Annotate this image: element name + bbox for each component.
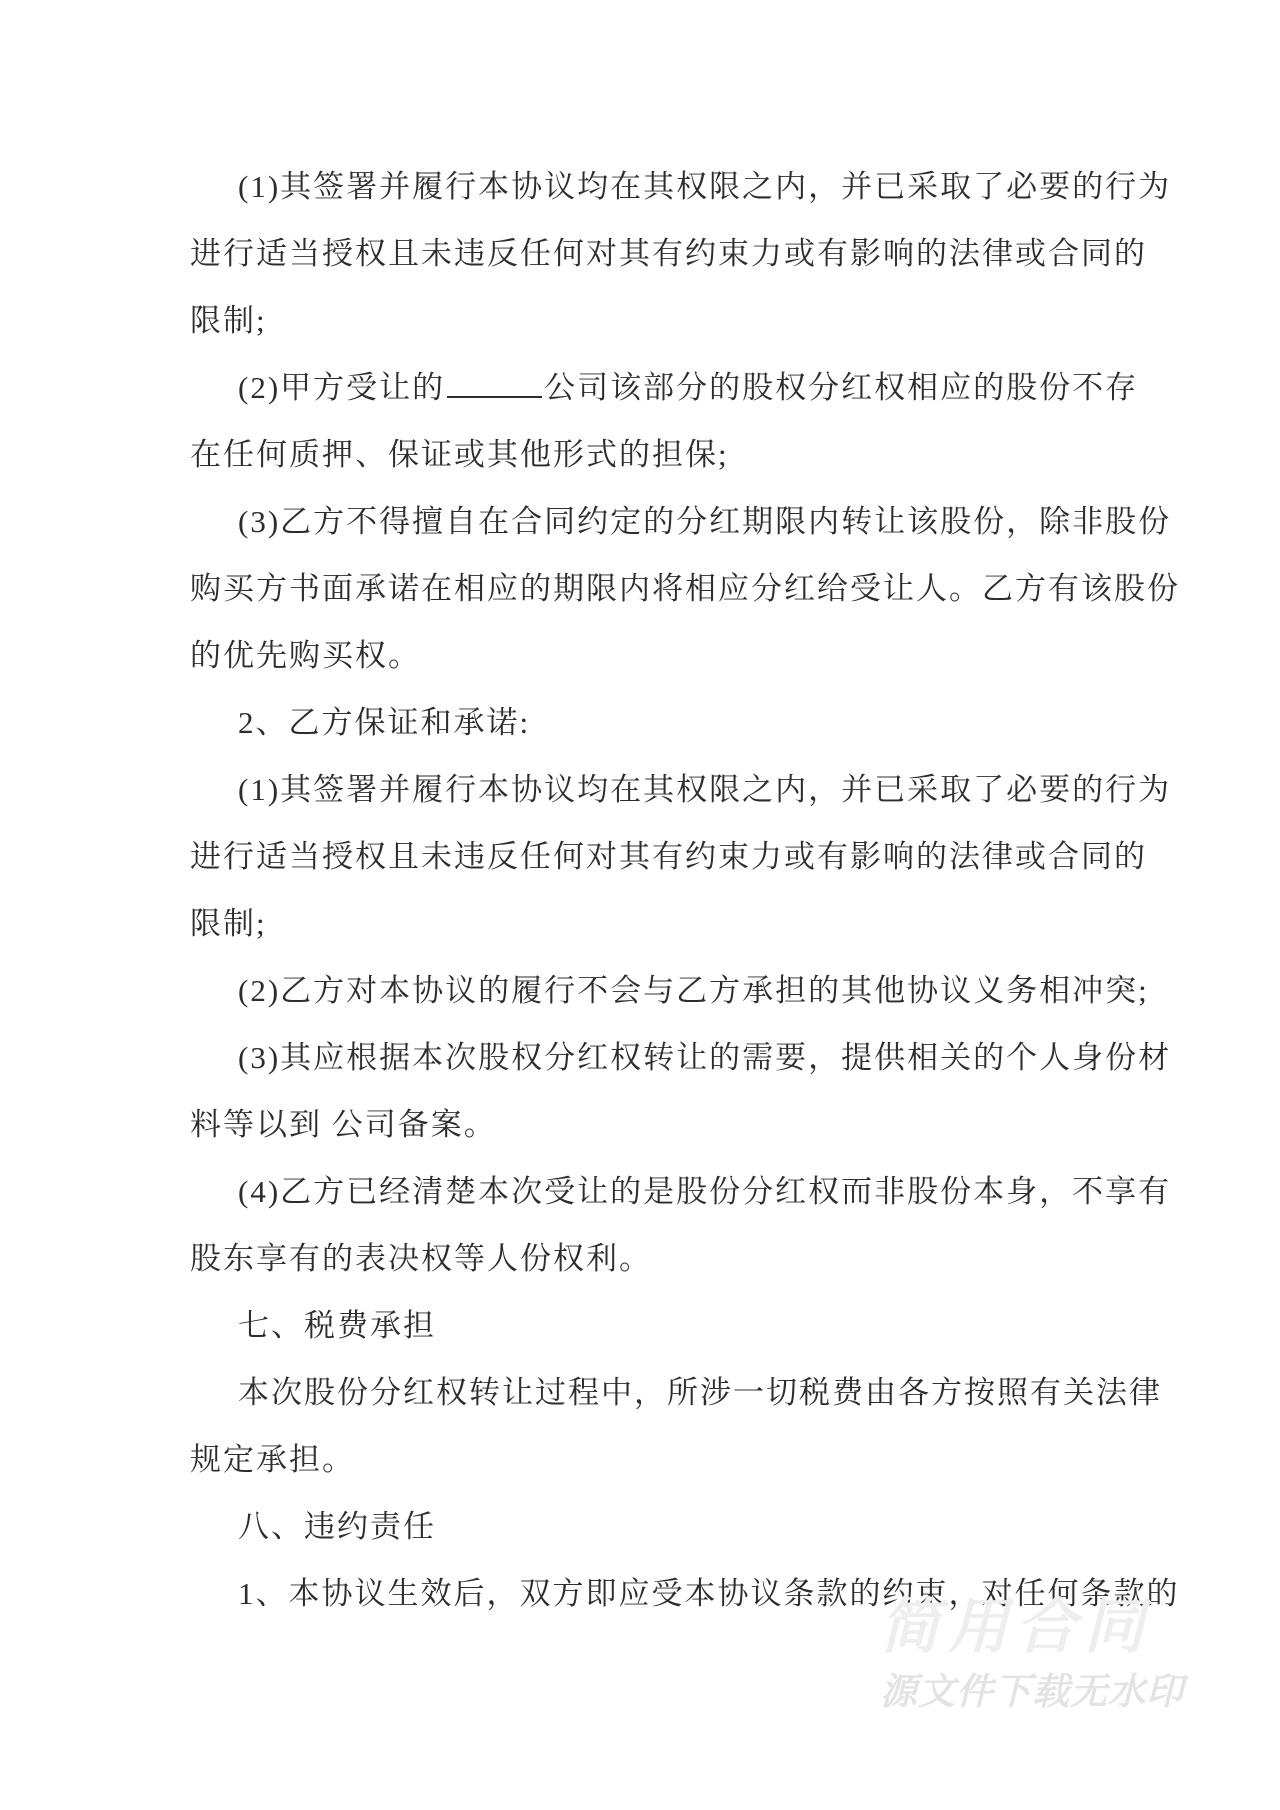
text-segment: (3)其应根据本次股权分红权转让的需要，提供相关的个人身份材	[238, 1040, 1171, 1075]
text-segment: (2)乙方对本协议的履行不会与乙方承担的其他协议义务相冲突;	[238, 973, 1149, 1008]
text-line: (3)乙方不得擅自在合同约定的分红期限内转让该股份，除非股份	[190, 488, 1110, 555]
text-line: (2)甲方受让的公司该部分的股权分红权相应的股份不存	[190, 354, 1110, 421]
text-segment: (3)乙方不得擅自在合同约定的分红期限内转让该股份，除非股份	[238, 504, 1171, 539]
text-segment: 购买方书面承诺在相应的期限内将相应分红给受让人。乙方有该股份	[190, 571, 1180, 606]
text-line: (4)乙方已经清楚本次受让的是股份分红权而非股份本身，不享有	[190, 1158, 1110, 1225]
watermark-tagline-text: 源文件下载无水印	[880, 1672, 1184, 1713]
text-line: 2、乙方保证和承诺:	[190, 689, 1110, 756]
text-line: 在任何质押、保证或其他形式的担保;	[190, 421, 1110, 488]
document-page: (1)其签署并履行本协议均在其权限之内，并已采取了必要的行为进行适当授权且未违反…	[0, 0, 1280, 1810]
text-line: 进行适当授权且未违反任何对其有约束力或有影响的法律或合同的	[190, 220, 1110, 287]
text-line: 八、违约责任	[190, 1493, 1110, 1560]
text-segment: 1、本协议生效后，双方即应受本协议条款的约束，对任何条款的	[238, 1576, 1180, 1611]
text-segment: 在任何质押、保证或其他形式的担保;	[190, 437, 729, 472]
text-segment: 限制;	[190, 906, 267, 941]
text-line: (3)其应根据本次股权分红权转让的需要，提供相关的个人身份材	[190, 1024, 1110, 1091]
text-segment: 股东享有的表决权等人份权利。	[190, 1241, 652, 1276]
text-segment: 的优先购买权。	[190, 638, 421, 673]
text-segment: 进行适当授权且未违反任何对其有约束力或有影响的法律或合同的	[190, 236, 1147, 271]
text-line: 七、税费承担	[190, 1292, 1110, 1359]
text-segment: (1)其签署并履行本协议均在其权限之内，并已采取了必要的行为	[238, 169, 1171, 204]
text-line: (1)其签署并履行本协议均在其权限之内，并已采取了必要的行为	[190, 756, 1110, 823]
text-segment: 本次股份分红权转让过程中，所涉一切税费由各方按照有关法律	[238, 1375, 1162, 1410]
text-line: 本次股份分红权转让过程中，所涉一切税费由各方按照有关法律	[190, 1359, 1110, 1426]
text-line: 限制;	[190, 287, 1110, 354]
text-segment: 料等以到 公司备案。	[190, 1107, 497, 1142]
text-segment: 规定承担。	[190, 1442, 355, 1477]
text-segment: 七、税费承担	[238, 1308, 436, 1343]
text-line: (1)其签署并履行本协议均在其权限之内，并已采取了必要的行为	[190, 153, 1110, 220]
text-segment: (4)乙方已经清楚本次受让的是股份分红权而非股份本身，不享有	[238, 1174, 1171, 1209]
text-line: 1、本协议生效后，双方即应受本协议条款的约束，对任何条款的	[190, 1560, 1110, 1627]
text-line: 股东享有的表决权等人份权利。	[190, 1225, 1110, 1292]
text-line: (2)乙方对本协议的履行不会与乙方承担的其他协议义务相冲突;	[190, 957, 1110, 1024]
text-line: 的优先购买权。	[190, 622, 1110, 689]
text-line: 限制;	[190, 890, 1110, 957]
text-segment: 进行适当授权且未违反任何对其有约束力或有影响的法律或合同的	[190, 839, 1147, 874]
fill-in-blank-underline	[447, 363, 542, 398]
text-line: 购买方书面承诺在相应的期限内将相应分红给受让人。乙方有该股份	[190, 555, 1110, 622]
text-line: 料等以到 公司备案。	[190, 1091, 1110, 1158]
text-segment: 限制;	[190, 303, 267, 338]
text-segment: 公司该部分的股权分红权相应的股份不存	[544, 370, 1138, 405]
text-segment: (2)甲方受让的	[238, 370, 445, 405]
text-segment: (1)其签署并履行本协议均在其权限之内，并已采取了必要的行为	[238, 772, 1171, 807]
text-line: 进行适当授权且未违反任何对其有约束力或有影响的法律或合同的	[190, 823, 1110, 890]
contract-text-body: (1)其签署并履行本协议均在其权限之内，并已采取了必要的行为进行适当授权且未违反…	[190, 153, 1110, 1627]
text-segment: 八、违约责任	[238, 1509, 436, 1544]
text-line: 规定承担。	[190, 1426, 1110, 1493]
text-segment: 2、乙方保证和承诺:	[238, 705, 530, 740]
